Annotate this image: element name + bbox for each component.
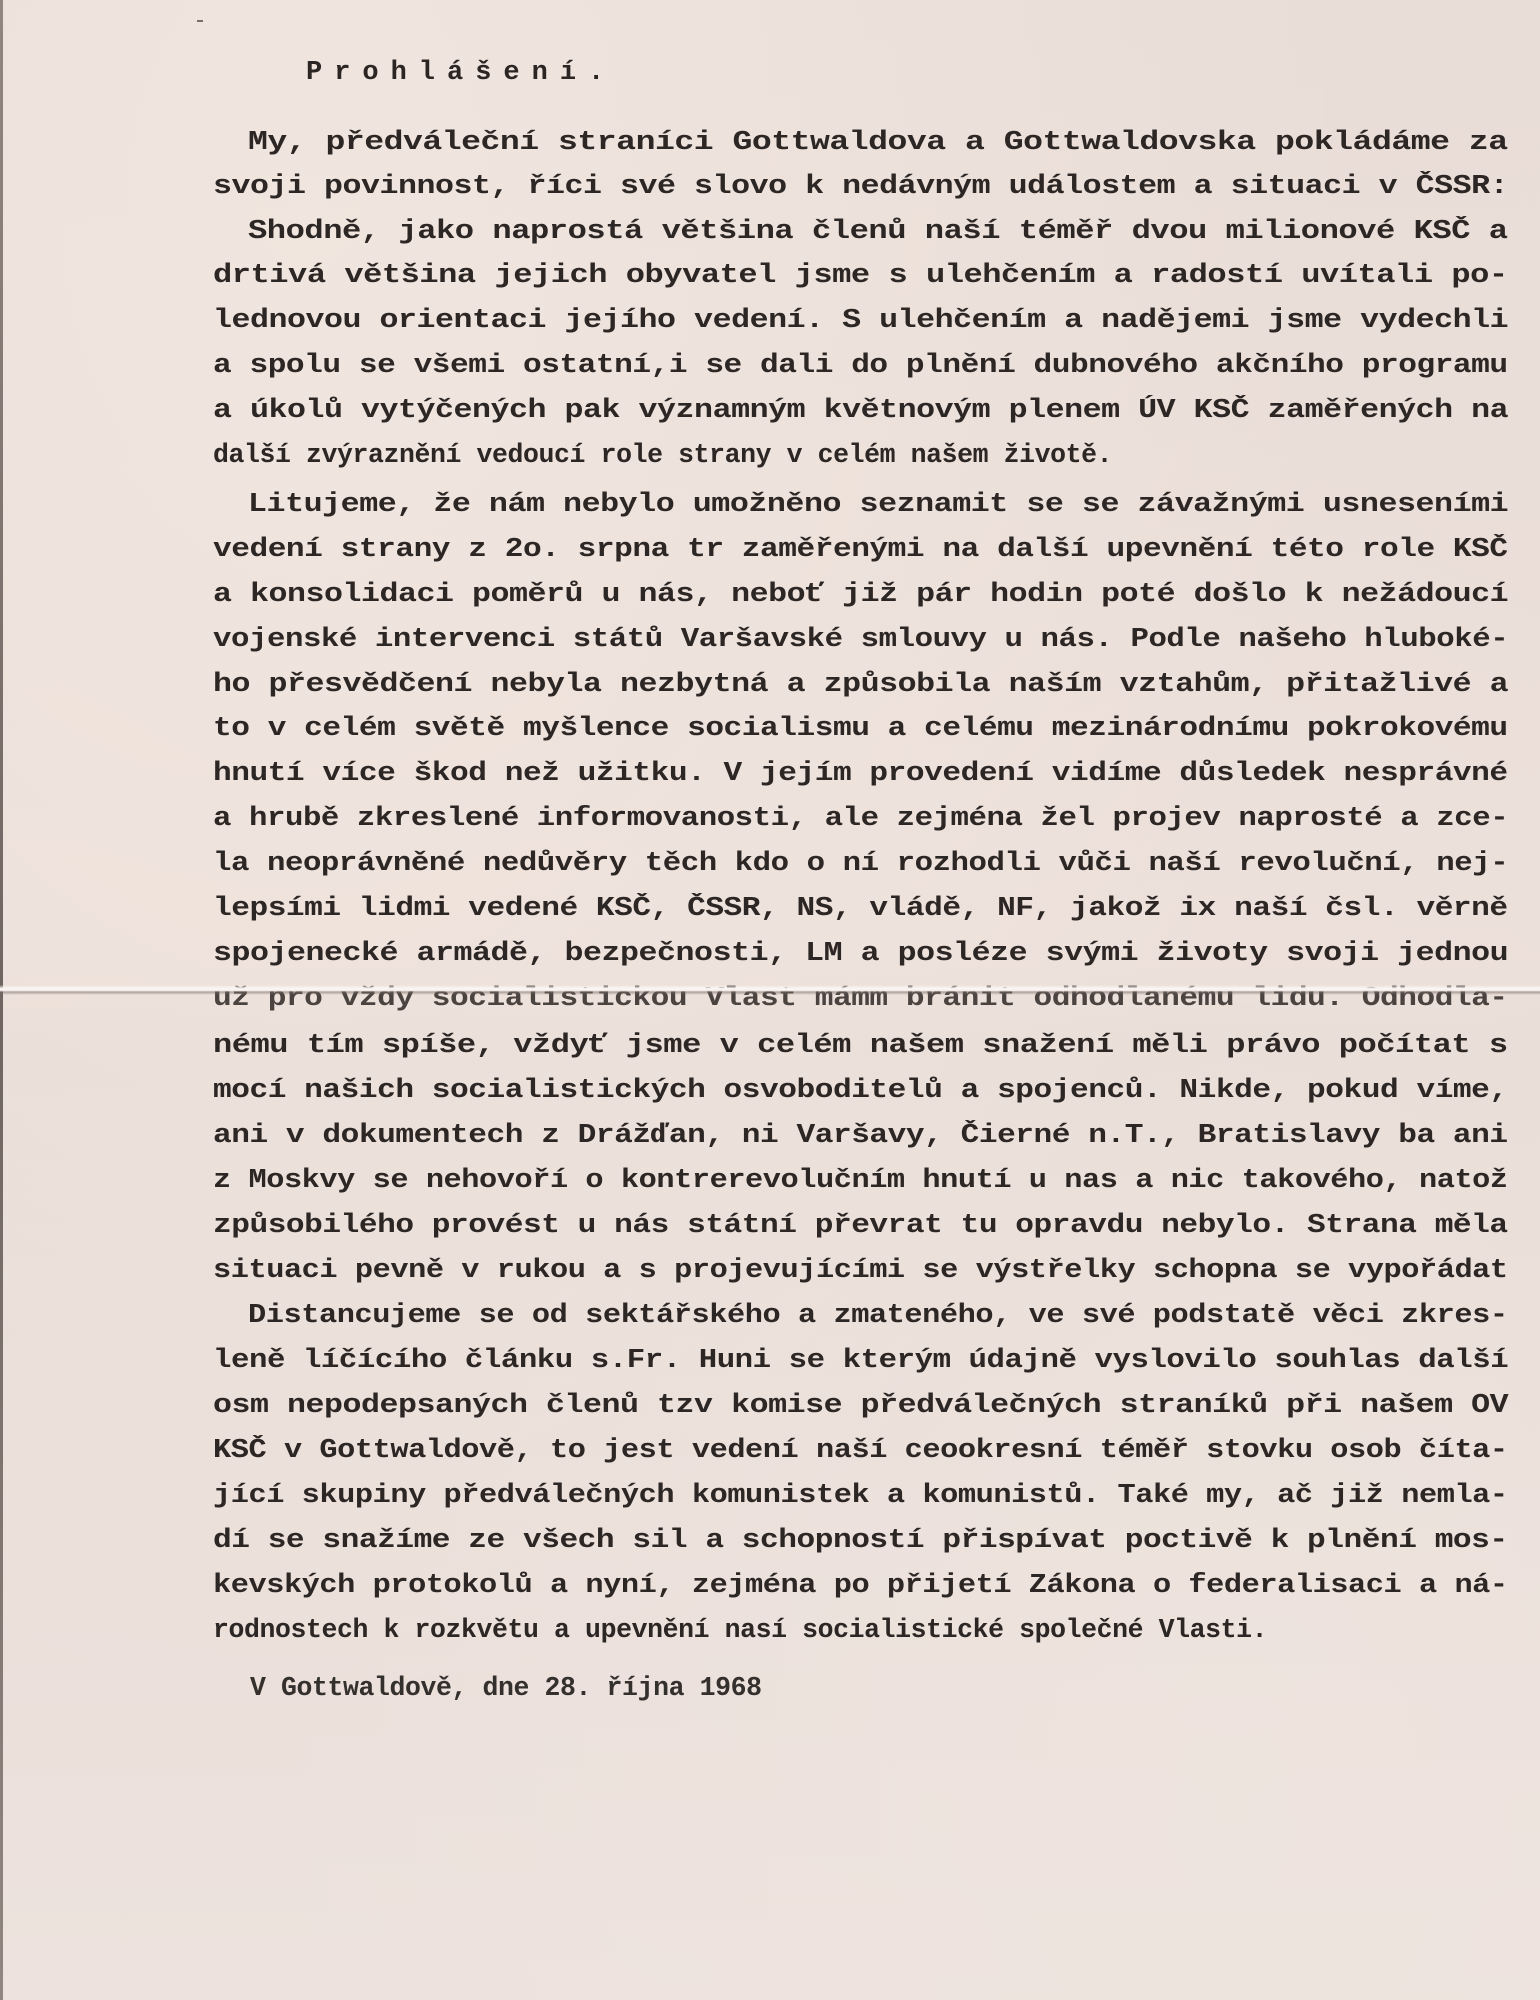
body-line: a konsolidaci poměrů u nás, neboť již pá…: [213, 579, 1508, 609]
body-line: a úkolů vytýčených pak významným květnov…: [213, 395, 1508, 425]
body-line: hnutí více škod než užitku. V jejím prov…: [213, 758, 1508, 788]
body-line: nému tím spíše, vždyť jsme v celém našem…: [213, 1030, 1508, 1060]
body-line: lepsími lidmi vedené KSČ, ČSSR, NS, vlád…: [213, 893, 1508, 923]
body-line: způsobilého provést u nás státní převrat…: [213, 1210, 1508, 1240]
body-line: la neoprávněné nedůvěry těch kdo o ní ro…: [213, 848, 1508, 878]
typewritten-document: Prohlášení. My, předváleční straníci Got…: [0, 0, 1540, 2000]
body-line: to v celém světě myšlence socialismu a c…: [213, 713, 1508, 743]
body-line: osm nepodepsaných členů tzv komise předv…: [213, 1390, 1508, 1420]
paper-fold-crease: [0, 985, 1540, 995]
body-line: rodnostech k rozkvětu a upevnění nasí so…: [213, 1615, 1267, 1645]
body-line: dí se snažíme ze všech sil a schopností …: [213, 1525, 1508, 1555]
body-line: Distancujeme se od sektářského a zmatené…: [248, 1300, 1508, 1330]
body-line: kevských protokolů a nyní, zejména po př…: [213, 1570, 1508, 1600]
body-line: vojenské intervenci států Varšavské smlo…: [213, 624, 1508, 654]
body-line: situaci pevně v rukou a s projevujícími …: [213, 1255, 1508, 1285]
body-line: leně líčícího článku s.Fr. Huni se který…: [213, 1345, 1508, 1375]
body-line: svoji povinnost, říci své slovo k nedávn…: [213, 171, 1508, 201]
body-line: a spolu se všemi ostatní,i se dali do pl…: [213, 350, 1508, 380]
body-line: Litujeme, že nám nebylo umožněno seznami…: [248, 489, 1508, 519]
body-line: další zvýraznění vedoucí role strany v c…: [213, 440, 1112, 470]
body-line: vedení strany z 2o. srpna tr zaměřenými …: [213, 534, 1508, 564]
body-line: z Moskvy se nehovoří o kontrerevolučním …: [213, 1165, 1508, 1195]
body-line: ho přesvědčení nebyla nezbytná a způsobi…: [213, 669, 1508, 699]
document-title: Prohlášení.: [306, 58, 616, 88]
body-line: Shodně, jako naprostá většina členů naší…: [248, 216, 1508, 246]
body-line: KSČ v Gottwaldově, to jest vedení naší c…: [213, 1435, 1508, 1465]
body-line: mocí našich socialistických osvoboditelů…: [213, 1075, 1508, 1105]
body-line: drtivá většina jejich obyvatel jsme s ul…: [213, 260, 1508, 290]
place-date-signoff: V Gottwaldově, dne 28. října 1968: [250, 1673, 762, 1703]
body-line: My, předváleční straníci Gottwaldova a G…: [248, 127, 1508, 157]
body-line: lednovou orientaci jejího vedení. S uleh…: [213, 305, 1508, 335]
body-line: a hrubě zkreslené informovanosti, ale ze…: [213, 803, 1508, 833]
body-line: jící skupiny předválečných komunistek a …: [213, 1480, 1508, 1510]
body-line: spojenecké armádě, bezpečnosti, LM a pos…: [213, 938, 1508, 968]
body-line: ani v dokumentech z Drážďan, ni Varšavy,…: [213, 1120, 1508, 1150]
